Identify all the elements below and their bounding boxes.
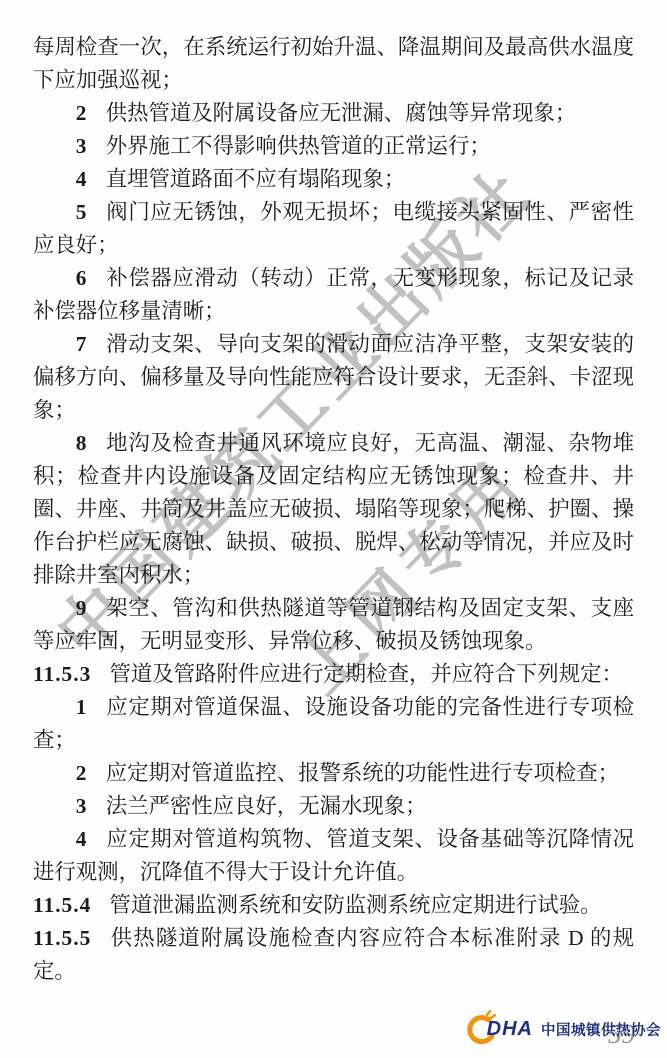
section-paragraph: 11.5.3管道及管路附件应进行定期检查，并应符合下列规定： [33, 658, 634, 691]
item-number: 5 [76, 200, 88, 224]
list-item-paragraph: 3法兰严密性应良好，无漏水现象； [33, 790, 634, 823]
document-page: 中国建筑工业出版社 上网专用 每周检查一次，在系统运行初始升温、降温期间及最高供… [0, 0, 667, 1058]
item-number: 3 [76, 134, 88, 158]
list-item-paragraph: 1应定期对管道保温、设施设备功能的完备性进行专项检查； [33, 691, 634, 757]
item-number: 3 [76, 794, 88, 818]
list-item-paragraph: 4直埋管道路面不应有塌陷现象； [33, 163, 634, 196]
document-body: 每周检查一次，在系统运行初始升温、降温期间及最高供水温度下应加强巡视；2供热管道… [33, 31, 634, 988]
list-item-paragraph: 3外界施工不得影响供热管道的正常运行； [33, 130, 634, 163]
item-number: 9 [76, 596, 88, 620]
item-number: 8 [76, 431, 88, 455]
list-item-paragraph: 6补偿器应滑动（转动）正常，无变形现象，标记及记录补偿器位移量清晰； [33, 262, 634, 328]
item-number: 1 [76, 695, 88, 719]
list-item-paragraph: 4应定期对管道构筑物、管道支架、设备基础等沉降情况进行观测，沉降值不得大于设计允… [33, 823, 634, 889]
clause-number: 11.5.5 [33, 926, 91, 950]
section-paragraph: 11.5.5供热隧道附属设施检查内容应符合本标准附录 D 的规定。 [33, 922, 634, 988]
continuation-paragraph: 每周检查一次，在系统运行初始升温、降温期间及最高供水温度下应加强巡视； [33, 31, 634, 97]
clause-number: 11.5.3 [33, 662, 91, 686]
item-number: 7 [76, 332, 88, 356]
list-item-paragraph: 9架空、管沟和供热隧道等管道钢结构及固定支架、支座等应牢固，无明显变形、异常位移… [33, 592, 634, 658]
list-item-paragraph: 5阀门应无锈蚀，外观无损坏；电缆接头紧固性、严密性应良好； [33, 196, 634, 262]
item-number: 4 [76, 827, 88, 851]
footer: 59 DHA 中国城镇供热协会 [417, 1000, 667, 1058]
item-number: 2 [76, 761, 88, 785]
list-item-paragraph: 2供热管道及附属设备应无泄漏、腐蚀等异常现象； [33, 97, 634, 130]
item-number: 6 [76, 266, 88, 290]
dha-acronym: DHA [487, 1018, 533, 1041]
section-paragraph: 11.5.4管道泄漏监测系统和安防监测系统应定期进行试验。 [33, 889, 634, 922]
list-item-paragraph: 7滑动支架、导向支架的滑动面应洁净平整，支架安装的偏移方向、偏移量及导向性能应符… [33, 328, 634, 427]
item-number: 2 [76, 101, 88, 125]
item-number: 4 [76, 167, 88, 191]
list-item-paragraph: 2应定期对管道监控、报警系统的功能性进行专项检查； [33, 757, 634, 790]
clause-number: 11.5.4 [33, 893, 91, 917]
dha-logo: DHA 中国城镇供热协会 [460, 1009, 661, 1049]
list-item-paragraph: 8地沟及检查井通风环境应良好，无高温、潮湿、杂物堆积；检查井内设施设备及固定结构… [33, 427, 634, 592]
dha-org-name: 中国城镇供热协会 [541, 1019, 661, 1040]
